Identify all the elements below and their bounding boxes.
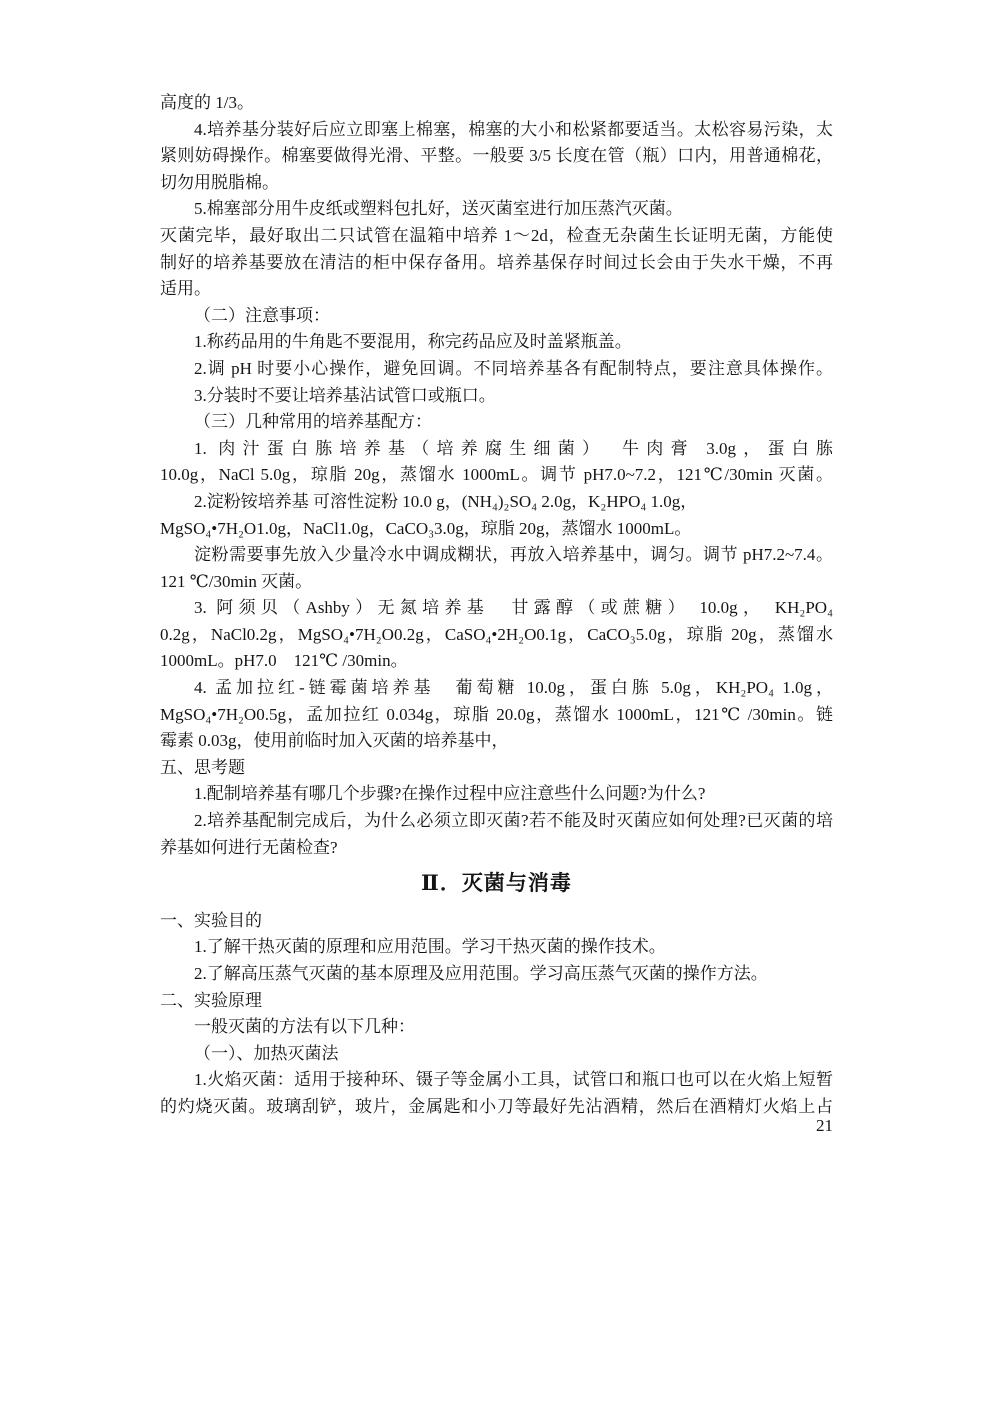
text-line: 1.称药品用的牛角匙不要混用，称完药品应及时盖紧瓶盖。 <box>160 329 833 356</box>
text-line: 4.培养基分装好后应立即塞上棉塞，棉塞的大小和松紧都要适当。太松容易污染，太 <box>160 117 833 144</box>
text-line: 1.火焰灭菌：适用于接种环、镊子等金属小工具，试管口和瓶口也可以在火焰上短暂 <box>160 1067 833 1094</box>
text-line: 的灼烧灭菌。玻璃刮铲，玻片，金属匙和小刀等最好先沾酒精，然后在酒精灯火焰上占 <box>160 1094 833 1121</box>
text-line: 制好的培养基要放在清洁的柜中保存备用。培养基保存时间过长会由于失水干燥，不再 <box>160 250 833 277</box>
text-line: （二）注意事项： <box>160 303 833 330</box>
section-heading: Ⅱ．灭菌与消毒 <box>160 870 833 897</box>
text-line: 2.了解高压蒸气灭菌的基本原理及应用范围。学习高压蒸气灭菌的操作方法。 <box>160 961 833 988</box>
text-line: MgSO₄•7H₂O0.5g，孟加拉红 0.034g，琼脂 20.0g，蒸馏水 … <box>160 702 833 729</box>
text-line: 紧则妨碍操作。棉塞要做得光滑、平整。一般要 3/5 长度在管（瓶）口内，用普通棉… <box>160 143 833 170</box>
text-line: MgSO₄•7H₂O1.0g，NaCl1.0g，CaCO₃3.0g，琼脂 20g… <box>160 516 833 543</box>
text-line: （三）几种常用的培养基配方： <box>160 409 833 436</box>
text-line: 2.培养基配制完成后，为什么必须立即灭菌?若不能及时灭菌应如何处理?已灭菌的培 <box>160 808 833 835</box>
text-line: 一般灭菌的方法有以下几种： <box>160 1014 833 1041</box>
text-line: 1.了解干热灭菌的原理和应用范围。学习干热灭菌的操作技术。 <box>160 934 833 961</box>
text-line: 灭菌完毕，最好取出二只试管在温箱中培养 1～2d，检查无杂菌生长证明无菌，方能使… <box>160 223 833 250</box>
text-line: （一）、加热灭菌法 <box>160 1041 833 1068</box>
text-line: 0.2g，NaCl0.2g，MgSO₄•7H₂O0.2g，CaSO₄•2H₂O0… <box>160 622 833 649</box>
text-line: 二、实验原理 <box>160 988 833 1015</box>
text-line: 五、思考题 <box>160 755 833 782</box>
text-line: 2.淀粉铵培养基 可溶性淀粉 10.0 g，(NH₄)₂SO₄ 2.0g，K₂H… <box>160 489 833 516</box>
document-body: 高度的 1/3。4.培养基分装好后应立即塞上棉塞，棉塞的大小和松紧都要适当。太松… <box>160 90 833 1121</box>
text-line: 高度的 1/3。 <box>160 90 833 117</box>
text-line: 1.配制培养基有哪几个步骤?在操作过程中应注意些什么问题?为什么? <box>160 781 833 808</box>
text-line: 适用。 <box>160 276 833 303</box>
text-line: 121 ℃/30min 灭菌。 <box>160 569 833 596</box>
text-line: 5.棉塞部分用牛皮纸或塑料包扎好，送灭菌室进行加压蒸汽灭菌。 <box>160 196 833 223</box>
text-line: 10.0g，NaCl 5.0g，琼脂 20g，蒸馏水 1000mL。调节 pH7… <box>160 462 833 489</box>
text-line: 3.分装时不要让培养基沾试管口或瓶口。 <box>160 383 833 410</box>
text-line: 一、实验目的 <box>160 908 833 935</box>
text-line: 1000mL。pH7.0 121℃ /30min。 <box>160 648 833 675</box>
page-number: 21 <box>816 1113 833 1140</box>
text-line: 淀粉需要事先放入少量冷水中调成糊状，再放入培养基中，调匀。调节 pH7.2~7.… <box>160 542 833 569</box>
text-line: 霉素 0.03g，使用前临时加入灭菌的培养基中， <box>160 728 833 755</box>
text-line: 1. 肉汁蛋白胨培养基（培养腐生细菌） 牛肉膏 3.0g，蛋白胨 <box>160 436 833 463</box>
text-line: 2.调 pH 时要小心操作，避免回调。不同培养基各有配制特点，要注意具体操作。 <box>160 356 833 383</box>
document-page: 高度的 1/3。4.培养基分装好后应立即塞上棉塞，棉塞的大小和松紧都要适当。太松… <box>0 0 992 1403</box>
text-line: 3. 阿须贝（Ashby）无氮培养基 甘露醇（或蔗糖） 10.0g， KH₂PO… <box>160 595 833 622</box>
text-line: 切勿用脱脂棉。 <box>160 170 833 197</box>
text-line: 养基如何进行无菌检查? <box>160 835 833 862</box>
text-line: 4. 孟加拉红-链霉菌培养基 葡萄糖 10.0g，蛋白胨 5.0g，KH₂PO₄… <box>160 675 833 702</box>
